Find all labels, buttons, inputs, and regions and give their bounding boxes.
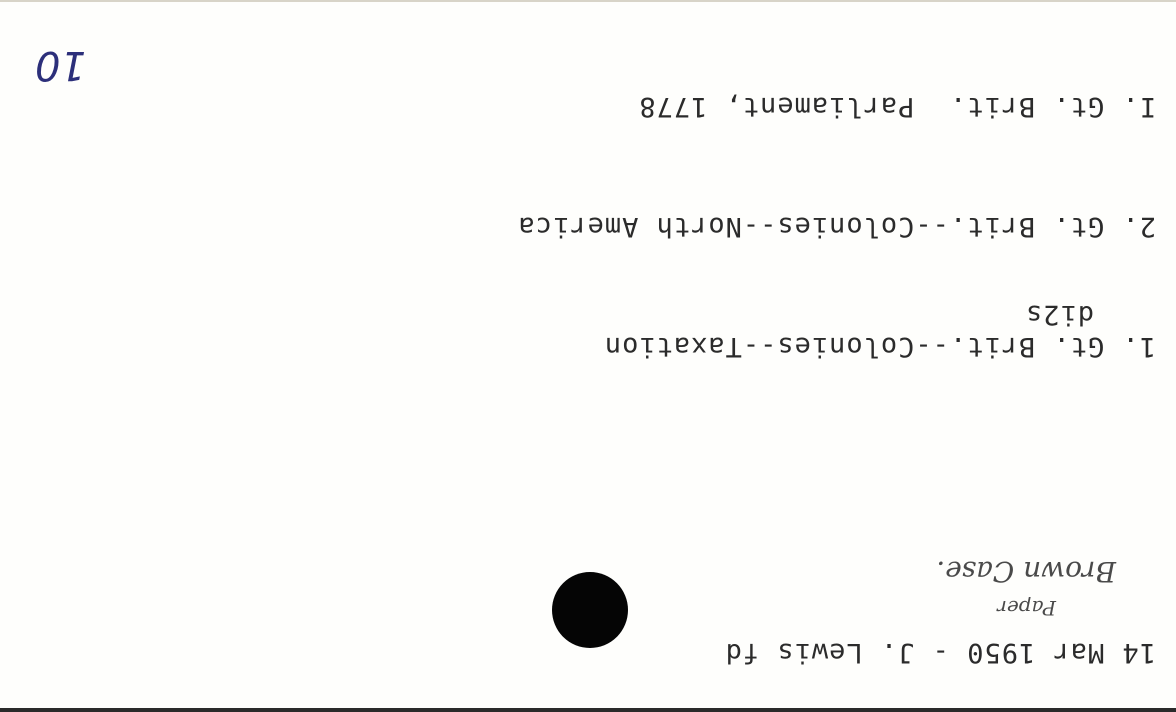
catalog-card: 14 Mar 1950 - J. Lewis fd Brown Case. Pa… [0,0,1176,712]
handwritten-note-case: Brown Case. [936,555,1116,588]
tracing-3: I. Gt. Brit. Parliament, 1778 [518,86,1156,126]
corner-number: 10 [35,42,86,88]
tracing-1: 1. Gt. Brit.--Colonies--Taxation [518,326,1156,366]
punch-hole [552,572,628,648]
subject-tracings: 1. Gt. Brit.--Colonies--Taxation 2. Gt. … [518,6,1156,446]
accession-line: 14 Mar 1950 - J. Lewis fd [725,637,1156,668]
tracing-2: 2. Gt. Brit.--Colonies--North America [518,206,1156,246]
handwritten-note-paper: Paper [997,596,1056,620]
classification-code: di2s [1025,299,1094,330]
